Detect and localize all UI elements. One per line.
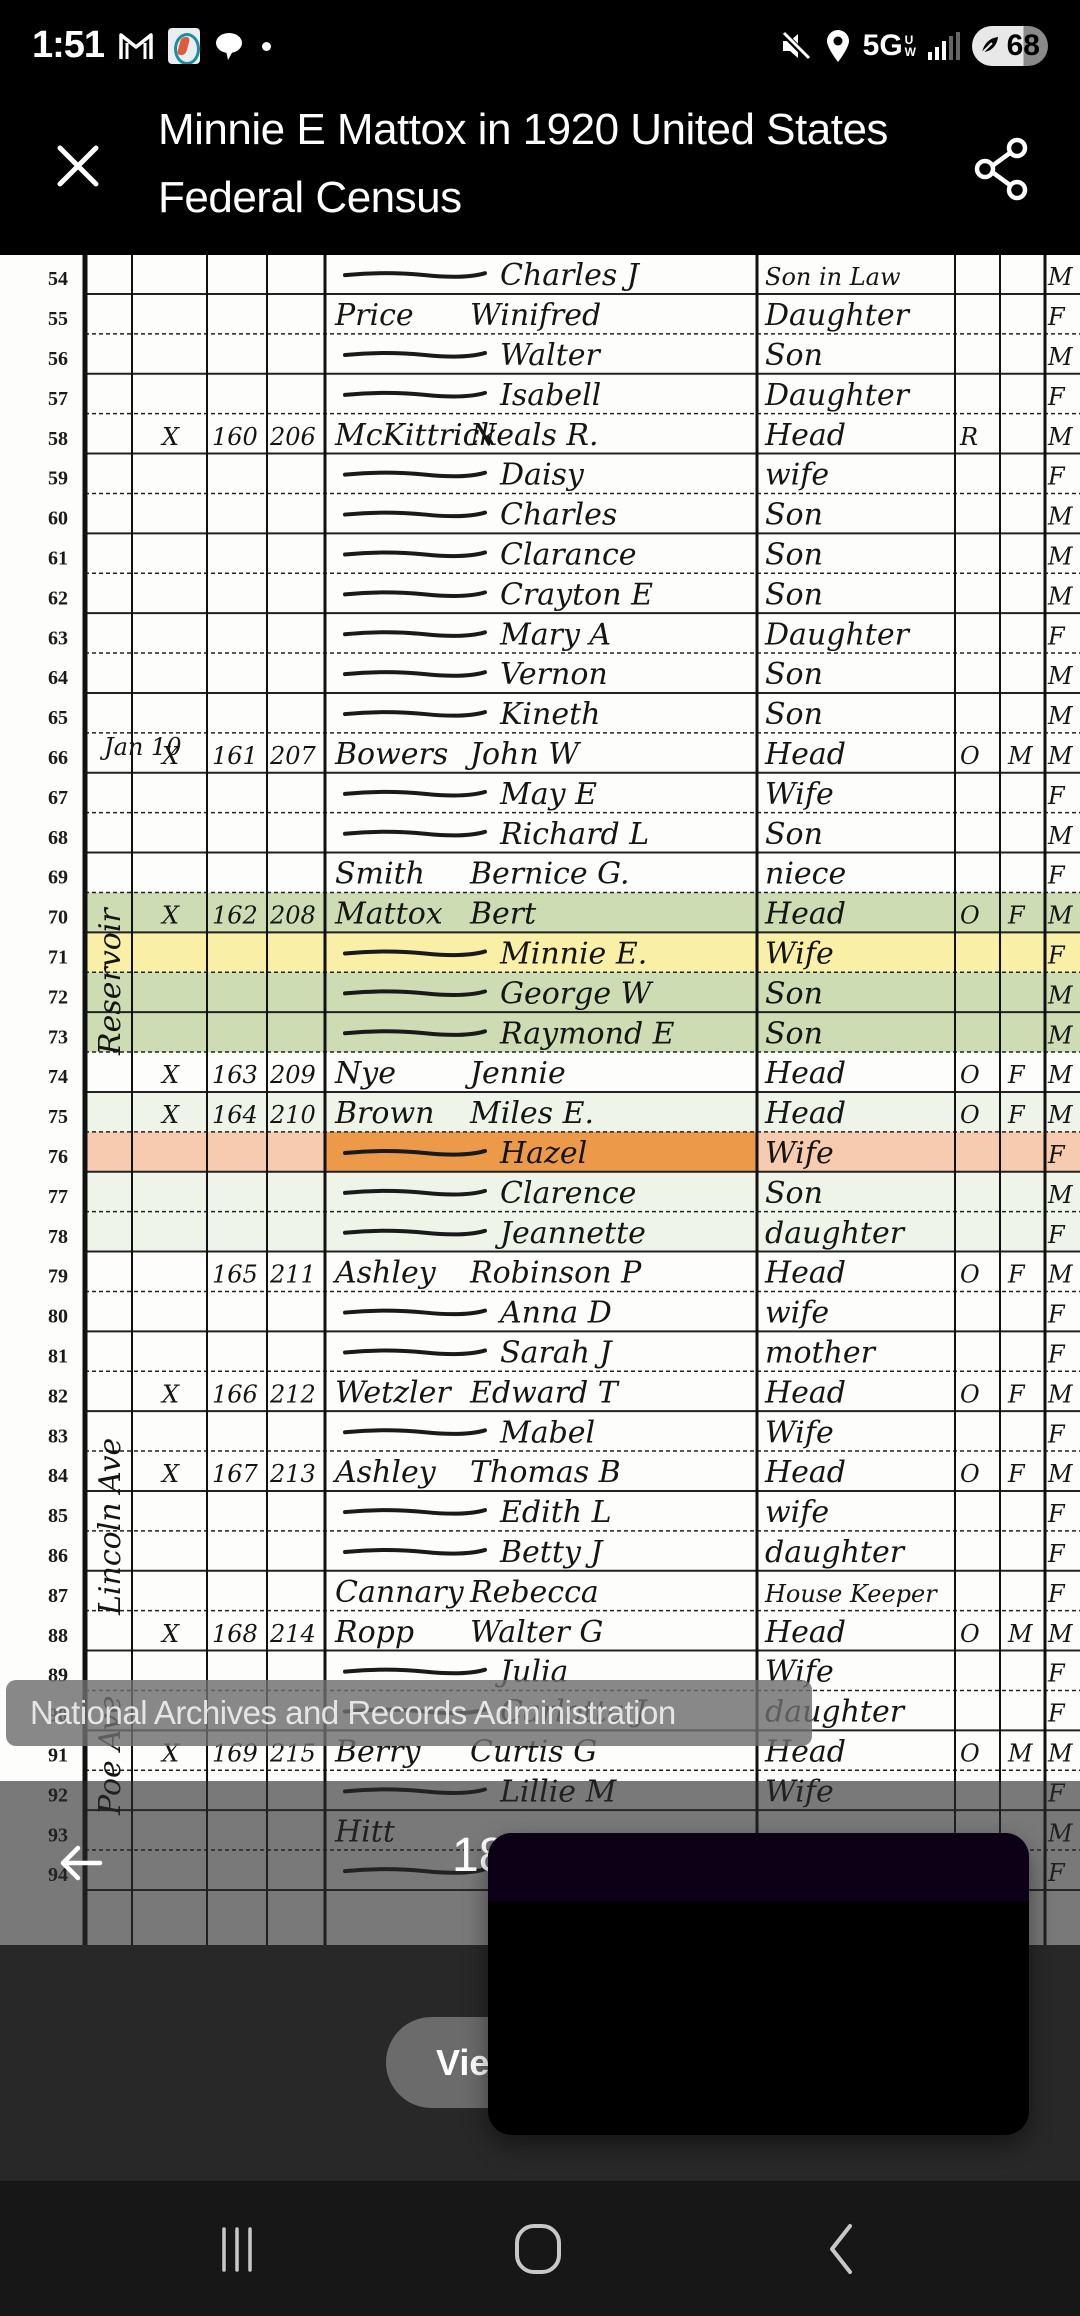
svg-text:212: 212 (269, 1380, 316, 1408)
svg-text:Clarence: Clarence (500, 1176, 636, 1211)
svg-text:Ropp: Ropp (334, 1615, 414, 1650)
svg-text:91: 91 (48, 1744, 68, 1766)
svg-text:80: 80 (48, 1306, 68, 1328)
svg-text:59: 59 (48, 468, 68, 490)
battery-level: 68 (1007, 29, 1040, 63)
svg-text:X: X (160, 1460, 180, 1488)
svg-text:Son: Son (765, 1016, 823, 1051)
svg-text:Rebecca: Rebecca (469, 1575, 599, 1610)
svg-text:House Keeper: House Keeper (764, 1580, 938, 1608)
svg-text:M: M (1047, 503, 1074, 531)
svg-text:F: F (1047, 1141, 1066, 1169)
svg-text:160: 160 (212, 423, 258, 451)
svg-text:161: 161 (212, 742, 258, 770)
svg-text:Edith L: Edith L (499, 1495, 612, 1530)
svg-text:wife: wife (765, 1296, 829, 1331)
svg-text:74: 74 (48, 1066, 68, 1088)
svg-text:Richard L: Richard L (499, 817, 649, 852)
previous-image-button[interactable] (56, 1838, 106, 1888)
svg-text:daughter: daughter (765, 1216, 906, 1251)
svg-text:F: F (1047, 1580, 1066, 1608)
svg-text:214: 214 (269, 1620, 316, 1648)
svg-text:Daughter: Daughter (764, 378, 911, 413)
arrow-left-icon (56, 1838, 106, 1888)
svg-text:162: 162 (212, 902, 258, 930)
svg-text:Neals R.: Neals R. (469, 418, 599, 453)
svg-text:Ashley: Ashley (332, 1256, 437, 1291)
svg-text:213: 213 (269, 1460, 316, 1488)
svg-text:F: F (1007, 1101, 1026, 1129)
svg-text:Son: Son (765, 657, 823, 692)
svg-text:65: 65 (48, 707, 68, 729)
svg-text:Son: Son (765, 577, 823, 612)
svg-text:60: 60 (48, 508, 68, 530)
svg-text:Son: Son (765, 817, 823, 852)
svg-text:61: 61 (48, 547, 68, 569)
svg-text:M: M (1047, 981, 1074, 1009)
svg-text:Clarance: Clarance (500, 537, 637, 572)
svg-text:66: 66 (48, 747, 68, 769)
svg-text:Wife: Wife (765, 936, 834, 971)
svg-text:58: 58 (48, 428, 68, 450)
svg-text:75: 75 (48, 1106, 68, 1128)
svg-text:77: 77 (48, 1186, 68, 1208)
svg-text:82: 82 (48, 1385, 68, 1407)
svg-text:209: 209 (269, 1061, 316, 1089)
app-bar: Minnie E Mattox in 1920 United States Fe… (0, 92, 1080, 255)
share-icon (970, 136, 1032, 202)
svg-text:78: 78 (48, 1226, 68, 1248)
svg-text:84: 84 (48, 1465, 68, 1487)
svg-text:54: 54 (48, 268, 68, 290)
svg-text:Wife: Wife (765, 1415, 834, 1450)
svg-text:O: O (960, 1460, 980, 1488)
svg-text:F: F (1047, 1700, 1066, 1728)
svg-text:Bowers: Bowers (334, 737, 448, 772)
svg-text:F: F (1047, 1540, 1066, 1568)
svg-text:M: M (1047, 822, 1074, 850)
svg-text:55: 55 (48, 308, 68, 330)
svg-text:Ashley: Ashley (332, 1455, 437, 1490)
svg-text:Edward T: Edward T (469, 1375, 620, 1410)
svg-text:Kineth: Kineth (499, 697, 600, 732)
overlay-header (488, 1833, 1029, 1901)
svg-text:X: X (160, 423, 180, 451)
svg-text:Head: Head (764, 1056, 846, 1091)
gmail-icon (118, 30, 154, 62)
svg-text:O: O (960, 1061, 980, 1089)
svg-text:206: 206 (269, 423, 316, 451)
svg-text:211: 211 (269, 1261, 316, 1289)
home-icon (512, 2223, 564, 2275)
battery-saver-leaf-icon (980, 35, 1000, 55)
svg-text:M: M (1047, 1739, 1074, 1767)
back-icon (820, 2223, 860, 2275)
recent-apps-button[interactable] (197, 2219, 277, 2279)
svg-text:81: 81 (48, 1345, 68, 1367)
svg-text:John W: John W (464, 737, 581, 772)
svg-text:M: M (1047, 423, 1074, 451)
svg-text:Wife: Wife (765, 777, 834, 812)
svg-text:F: F (1007, 1261, 1026, 1289)
svg-text:163: 163 (212, 1061, 258, 1089)
svg-text:Head: Head (764, 1256, 846, 1291)
svg-text:Mattox: Mattox (334, 897, 443, 932)
svg-text:Son: Son (765, 1176, 823, 1211)
svg-text:164: 164 (212, 1101, 258, 1129)
svg-text:69: 69 (48, 867, 68, 889)
svg-text:F: F (1047, 1340, 1066, 1368)
svg-text:Son: Son (765, 537, 823, 572)
svg-text:M: M (1047, 702, 1074, 730)
svg-text:Mabel: Mabel (499, 1415, 595, 1450)
source-watermark: National Archives and Records Administra… (6, 1680, 812, 1746)
svg-text:Betty J: Betty J (499, 1535, 604, 1570)
svg-text:O: O (960, 1101, 980, 1129)
svg-text:166: 166 (212, 1380, 258, 1408)
svg-text:Crayton E: Crayton E (500, 577, 653, 612)
svg-text:O: O (960, 742, 980, 770)
status-bar: 1:51 5G UW (0, 0, 1080, 92)
svg-text:Head: Head (764, 897, 846, 932)
svg-text:Walter G: Walter G (470, 1615, 603, 1650)
share-button[interactable] (970, 136, 1032, 202)
svg-text:M: M (1047, 582, 1074, 610)
battery-indicator: 68 (972, 26, 1048, 66)
back-button[interactable] (800, 2219, 880, 2279)
svg-text:O: O (960, 902, 980, 930)
svg-text:X: X (160, 902, 180, 930)
svg-text:X: X (160, 1380, 180, 1408)
svg-text:71: 71 (48, 946, 68, 968)
svg-text:86: 86 (48, 1545, 68, 1567)
svg-text:X: X (160, 1061, 180, 1089)
svg-text:Walter: Walter (500, 338, 602, 373)
svg-text:Charles: Charles (500, 498, 617, 533)
svg-text:Son: Son (765, 697, 823, 732)
svg-text:Cannary: Cannary (335, 1575, 465, 1610)
signal-icon (928, 32, 960, 60)
recent-apps-icon (212, 2224, 262, 2274)
chat-bubble-icon (214, 31, 244, 61)
svg-text:Smith: Smith (335, 857, 425, 892)
svg-text:F: F (1007, 1460, 1026, 1488)
svg-text:Hazel: Hazel (499, 1136, 587, 1171)
svg-text:Thomas B: Thomas B (470, 1455, 621, 1490)
svg-text:56: 56 (48, 348, 68, 370)
svg-text:wife: wife (765, 458, 829, 493)
svg-text:F: F (1047, 303, 1066, 331)
svg-text:M: M (1007, 1620, 1034, 1648)
svg-text:F: F (1047, 782, 1066, 810)
svg-text:F: F (1047, 1221, 1066, 1249)
more-notifications-dot (262, 42, 271, 51)
svg-text:210: 210 (269, 1101, 316, 1129)
svg-text:F: F (1047, 622, 1066, 650)
svg-text:Mary A: Mary A (499, 617, 611, 652)
svg-text:O: O (960, 1739, 980, 1767)
svg-text:M: M (1047, 1460, 1074, 1488)
svg-text:208: 208 (269, 902, 316, 930)
svg-text:64: 64 (48, 667, 68, 689)
view-button-label: Vie (436, 2042, 489, 2084)
svg-text:O: O (960, 1620, 980, 1648)
svg-text:O: O (960, 1380, 980, 1408)
svg-text:M: M (1047, 1181, 1074, 1209)
svg-text:Jeannette: Jeannette (494, 1216, 646, 1251)
svg-text:M: M (1047, 1620, 1074, 1648)
svg-text:Son in Law: Son in Law (765, 263, 901, 291)
svg-text:63: 63 (48, 627, 68, 649)
svg-text:87: 87 (48, 1585, 68, 1607)
svg-text:Wetzler: Wetzler (335, 1375, 452, 1410)
svg-text:F: F (1047, 463, 1066, 491)
svg-text:M: M (1047, 1101, 1074, 1129)
svg-text:F: F (1047, 1660, 1066, 1688)
svg-text:M: M (1047, 1021, 1074, 1049)
svg-text:207: 207 (269, 742, 317, 770)
svg-text:M: M (1007, 742, 1034, 770)
page-title: Minnie E Mattox in 1920 United States Fe… (158, 96, 918, 232)
svg-text:167: 167 (212, 1460, 259, 1488)
close-icon (54, 142, 102, 190)
network-sub: UW (905, 34, 916, 58)
svg-text:85: 85 (48, 1505, 68, 1527)
svg-text:F: F (1047, 383, 1066, 411)
mute-icon (779, 29, 813, 63)
svg-text:Son: Son (765, 338, 823, 373)
svg-text:Isabell: Isabell (499, 378, 601, 413)
floating-video-overlay[interactable] (488, 1833, 1029, 2135)
svg-text:Minnie E.: Minnie E. (499, 936, 647, 971)
svg-text:57: 57 (48, 388, 68, 410)
svg-text:Vernon: Vernon (500, 657, 608, 692)
svg-text:Daughter: Daughter (764, 298, 911, 333)
svg-text:Daughter: Daughter (764, 617, 911, 652)
svg-text:F: F (1007, 902, 1026, 930)
svg-text:Reservoir: Reservoir (93, 907, 128, 1056)
svg-text:72: 72 (48, 986, 68, 1008)
svg-text:F: F (1007, 1380, 1026, 1408)
svg-text:Son: Son (765, 976, 823, 1011)
svg-text:168: 168 (212, 1620, 258, 1648)
svg-text:niece: niece (765, 857, 846, 892)
app-notification-icon (168, 28, 200, 64)
svg-text:F: F (1047, 941, 1066, 969)
svg-text:68: 68 (48, 827, 68, 849)
network-type: 5G UW (863, 29, 916, 63)
svg-text:Price: Price (334, 298, 414, 333)
close-button[interactable] (50, 138, 106, 194)
svg-text:O: O (960, 1261, 980, 1289)
svg-text:Jan 10: Jan 10 (99, 733, 182, 761)
svg-text:M: M (1047, 662, 1074, 690)
svg-text:70: 70 (48, 907, 68, 929)
svg-text:Lincoln Ave: Lincoln Ave (93, 1438, 128, 1616)
location-icon (825, 29, 851, 63)
svg-text:Miles E.: Miles E. (469, 1096, 594, 1131)
svg-text:F: F (1007, 1061, 1026, 1089)
svg-text:Head: Head (764, 418, 846, 453)
svg-text:F: F (1047, 1301, 1066, 1329)
svg-text:M: M (1047, 542, 1074, 570)
svg-text:Raymond E: Raymond E (499, 1016, 675, 1051)
svg-text:R: R (959, 423, 978, 451)
svg-text:F: F (1047, 862, 1066, 890)
svg-text:Jennie: Jennie (464, 1056, 566, 1091)
system-icons: 5G UW 68 (779, 26, 1048, 66)
svg-text:Bernice G.: Bernice G. (469, 857, 630, 892)
home-button[interactable] (498, 2219, 578, 2279)
svg-text:Anna D: Anna D (497, 1296, 612, 1331)
svg-text:George W: George W (500, 976, 654, 1011)
svg-text:daughter: daughter (765, 1535, 906, 1570)
svg-text:67: 67 (48, 787, 68, 809)
svg-text:Head: Head (764, 1375, 846, 1410)
svg-text:Head: Head (764, 737, 846, 772)
svg-text:76: 76 (48, 1146, 68, 1168)
svg-text:May E: May E (499, 777, 597, 812)
svg-text:Robinson P: Robinson P (469, 1256, 642, 1291)
svg-text:mother: mother (765, 1335, 877, 1370)
svg-text:X: X (160, 1101, 180, 1129)
status-time: 1:51 (32, 24, 104, 67)
svg-text:M: M (1047, 343, 1074, 371)
svg-text:Head: Head (764, 1615, 846, 1650)
svg-text:M: M (1047, 1261, 1074, 1289)
svg-text:79: 79 (48, 1266, 68, 1288)
svg-text:83: 83 (48, 1425, 68, 1447)
svg-text:M: M (1047, 1061, 1074, 1089)
svg-text:X: X (160, 1620, 180, 1648)
svg-text:Head: Head (764, 1096, 846, 1131)
svg-text:Winifred: Winifred (470, 298, 601, 333)
svg-text:M: M (1047, 902, 1074, 930)
svg-text:88: 88 (48, 1625, 68, 1647)
svg-text:wife: wife (765, 1495, 829, 1530)
svg-text:Son: Son (765, 498, 823, 533)
svg-text:Wife: Wife (765, 1136, 834, 1171)
svg-text:Charles J: Charles J (500, 258, 641, 293)
system-nav-bar (0, 2181, 1080, 2316)
svg-text:M: M (1007, 1739, 1034, 1767)
svg-text:F: F (1047, 1500, 1066, 1528)
svg-text:73: 73 (48, 1026, 68, 1048)
notification-icons (118, 28, 271, 64)
svg-text:Nye: Nye (334, 1056, 396, 1091)
svg-text:M: M (1047, 263, 1074, 291)
svg-text:Head: Head (764, 1455, 846, 1490)
svg-text:Daisy: Daisy (499, 458, 585, 493)
svg-text:M: M (1047, 1380, 1074, 1408)
svg-text:Bert: Bert (469, 897, 537, 932)
svg-text:62: 62 (48, 587, 68, 609)
svg-text:165: 165 (212, 1261, 258, 1289)
svg-text:Brown: Brown (334, 1096, 434, 1131)
svg-text:M: M (1047, 742, 1074, 770)
svg-text:Sarah J: Sarah J (500, 1335, 614, 1370)
svg-text:F: F (1047, 1420, 1066, 1448)
